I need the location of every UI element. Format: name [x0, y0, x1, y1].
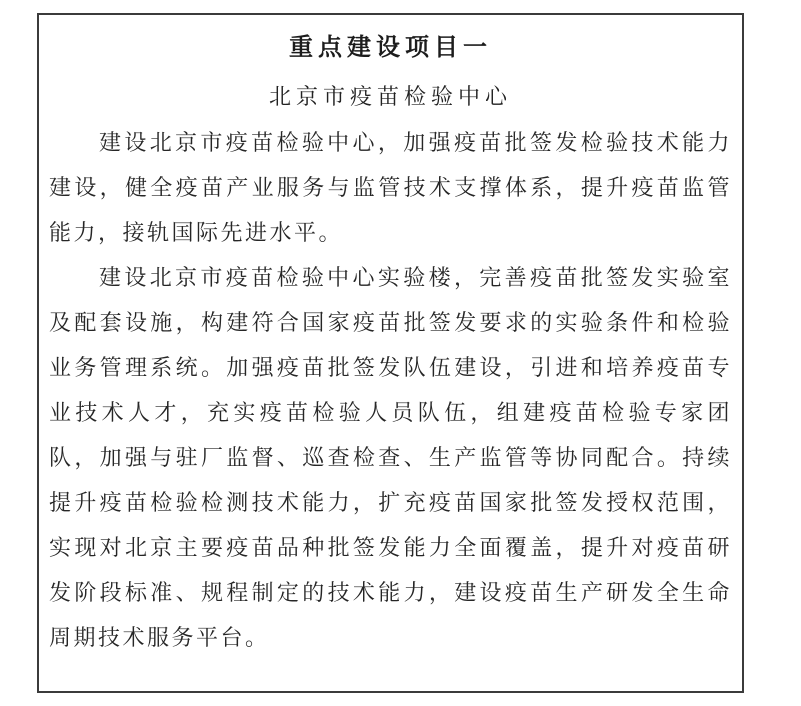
paragraph-overview: 建设北京市疫苗检验中心，加强疫苗批签发检验技术能力建设，健全疫苗产业服务与监管技… [49, 121, 732, 256]
document-title: 重点建设项目一 [49, 35, 732, 61]
document-subtitle: 北京市疫苗检验中心 [49, 86, 732, 110]
paragraph-details: 建设北京市疫苗检验中心实验楼，完善疫苗批签发实验室及配套设施，构建符合国家疫苗批… [49, 256, 732, 661]
document-page: 重点建设项目一 北京市疫苗检验中心 建设北京市疫苗检验中心，加强疫苗批签发检验技… [0, 0, 801, 706]
document-body: 建设北京市疫苗检验中心，加强疫苗批签发检验技术能力建设，健全疫苗产业服务与监管技… [49, 121, 732, 661]
document-frame: 重点建设项目一 北京市疫苗检验中心 建设北京市疫苗检验中心，加强疫苗批签发检验技… [37, 13, 744, 693]
